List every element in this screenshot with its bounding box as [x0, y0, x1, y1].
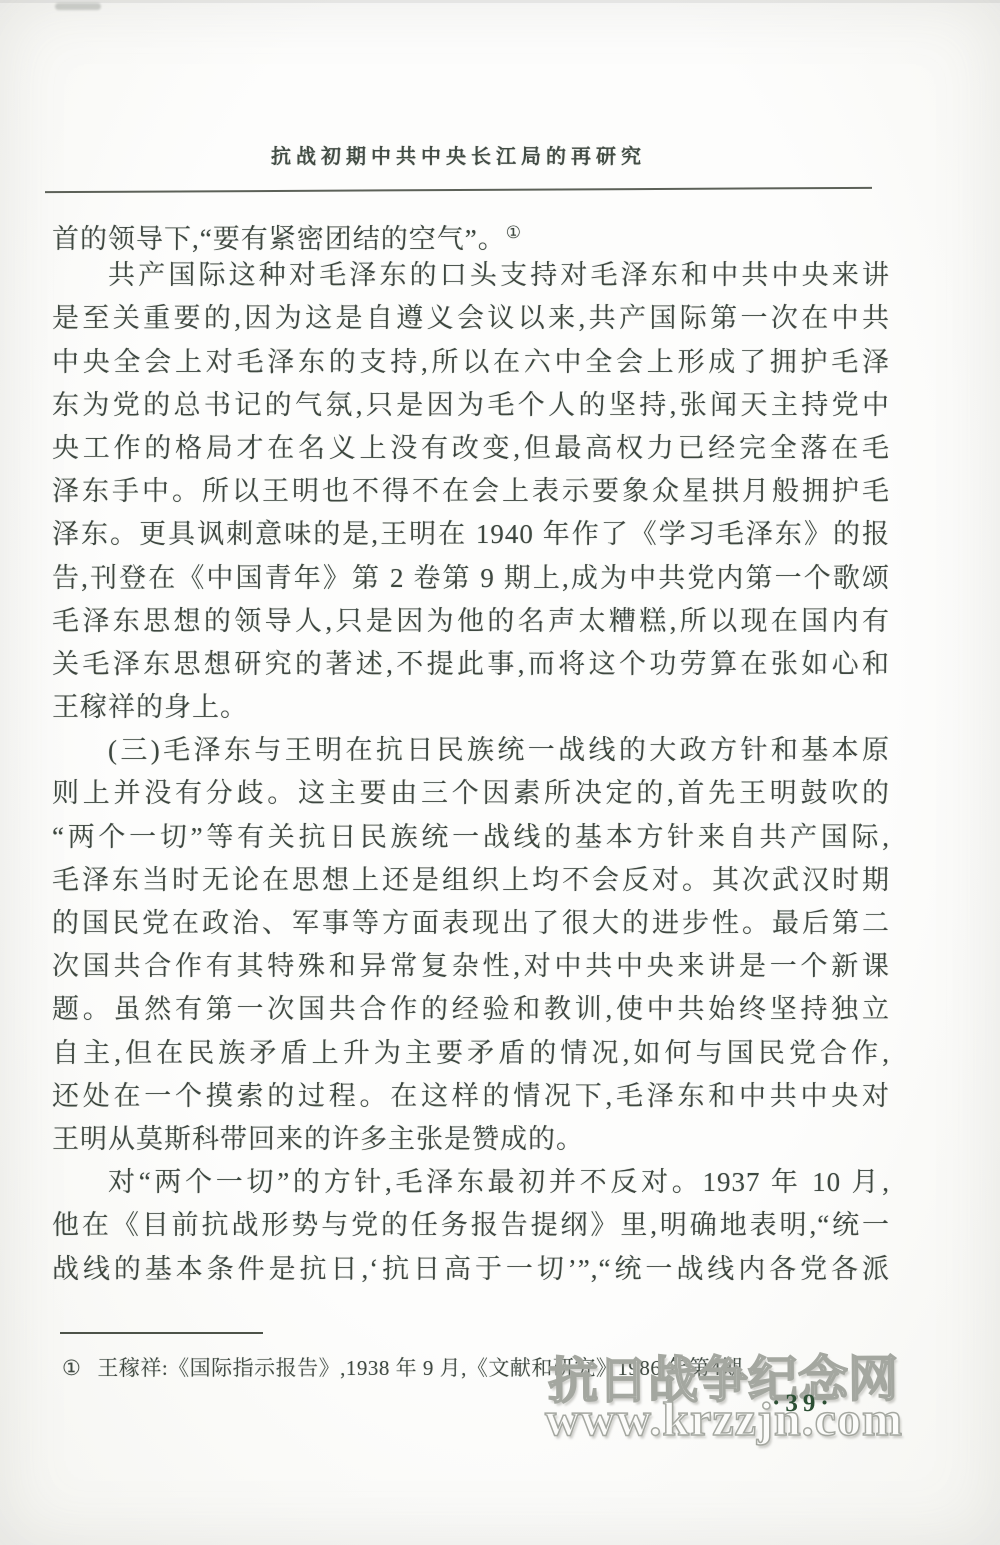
- body-line: 他在《目前抗战形势与党的任务报告提纲》里,明确地表明,“统一: [52, 1204, 890, 1247]
- body-line: 的国民党在政治、军事等方面表现出了很大的进步性。最后第二: [52, 902, 890, 945]
- body-line: 毛泽东当时无论在思想上还是组织上均不会反对。其次武汉时期: [52, 859, 890, 902]
- body-line: “两个一切”等有关抗日民族统一战线的基本方针来自共产国际,: [52, 816, 890, 859]
- body-line: 告,刊登在《中国青年》第 2 卷第 9 期上,成为中共党内第一个歌颂: [52, 557, 890, 600]
- body-line: 毛泽东思想的领导人,只是因为他的名声太糟糕,所以现在国内有: [52, 600, 890, 643]
- body-line: 则上并没有分歧。这主要由三个因素所决定的,首先王明鼓吹的: [52, 772, 890, 815]
- body-line: 关毛泽东思想研究的著述,不提此事,而将这个功劳算在张如心和: [52, 643, 890, 686]
- body-line: 次国共合作有其特殊和异常复杂性,对中共中央来讲是一个新课: [52, 945, 890, 988]
- body-line: 泽东。更具讽刺意味的是,王明在 1940 年作了《学习毛泽东》的报: [52, 513, 890, 556]
- body-line: 央工作的格局才在名义上没有改变,但最高权力已经完全落在毛: [52, 427, 890, 470]
- body-line-text: 首的领导下,“要有紧密团结的空气”。: [52, 224, 506, 254]
- scanned-book-page: 抗战初期中共中央长江局的再研究 首的领导下,“要有紧密团结的空气”。① 共产国际…: [0, 0, 1000, 1545]
- body-line: 对“两个一切”的方针,毛泽东最初并不反对。1937 年 10 月,: [52, 1161, 890, 1204]
- scan-smudge-artifact: [55, 3, 101, 10]
- body-line: 泽东手中。所以王明也不得不在会上表示要象众星拱月般拥护毛: [52, 470, 890, 513]
- body-line: 首的领导下,“要有紧密团结的空气”。①: [52, 211, 890, 254]
- running-head-title: 抗战初期中共中央长江局的再研究: [45, 140, 872, 169]
- body-text: 首的领导下,“要有紧密团结的空气”。① 共产国际这种对毛泽东的口头支持对毛泽东和…: [52, 211, 890, 1291]
- body-line: (三)毛泽东与王明在抗日民族统一战线的大政方针和基本原: [52, 729, 890, 772]
- page-number: ·39·: [772, 1390, 834, 1418]
- body-line: 东为党的总书记的气氛,只是因为毛个人的坚持,张闻天主持党中: [52, 384, 890, 427]
- body-line: 共产国际这种对毛泽东的口头支持对毛泽东和中共中央来讲: [52, 254, 890, 297]
- footnote-separator-rule: [60, 1332, 263, 1334]
- body-line: 自主,但在民族矛盾上升为主要矛盾的情况,如何与国民党合作,: [52, 1032, 890, 1075]
- scan-edge-artifact: [0, 0, 1000, 3]
- body-line: 王稼祥的身上。: [52, 686, 890, 729]
- body-line: 题。虽然有第一次国共合作的经验和教训,使中共始终坚持独立: [52, 988, 890, 1031]
- header-rule: [45, 187, 872, 193]
- footnote-marker: ①: [62, 1356, 81, 1380]
- body-line: 是至关重要的,因为这是自遵义会议以来,共产国际第一次在中共: [52, 297, 890, 340]
- body-line: 中央全会上对毛泽东的支持,所以在六中全会上形成了拥护毛泽: [52, 341, 890, 384]
- body-line: 还处在一个摸索的过程。在这样的情况下,毛泽东和中共中央对: [52, 1075, 890, 1118]
- body-line: 王明从莫斯科带回来的许多主张是赞成的。: [52, 1118, 890, 1161]
- footnote-ref-marker: ①: [506, 223, 521, 242]
- watermark-url-text: www.krzzjn.com: [545, 1392, 903, 1447]
- body-line: 战线的基本条件是抗日,‘抗日高于一切’”,“统一战线内各党各派: [52, 1248, 890, 1291]
